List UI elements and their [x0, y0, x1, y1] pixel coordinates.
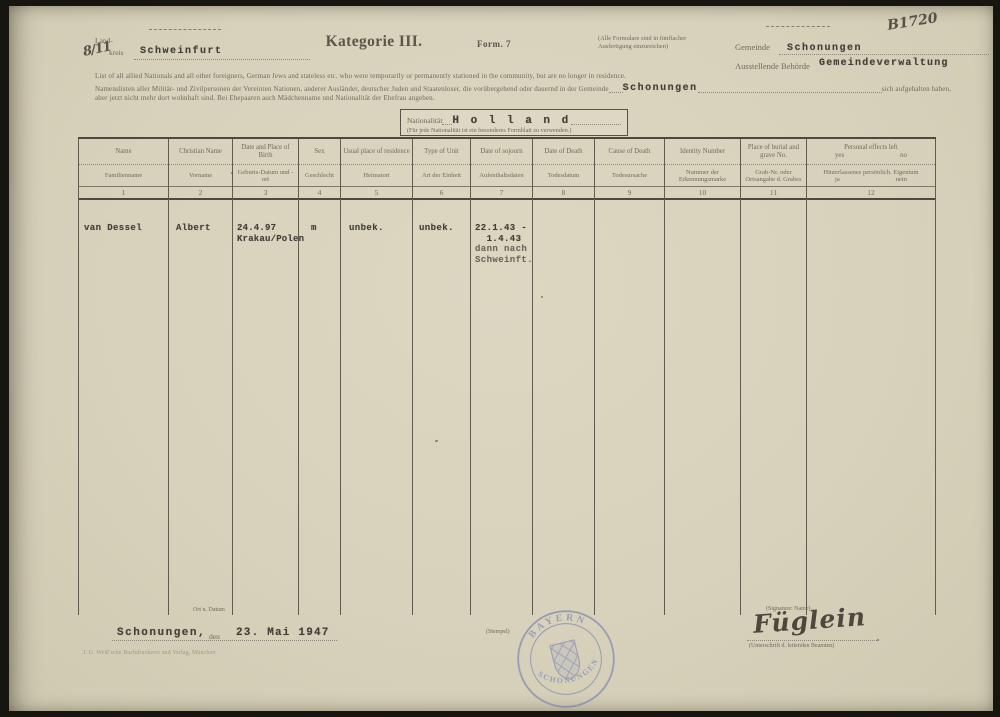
- column-sojourn: Date of sojourn Aufenthaltsdaten 7 22.1.…: [470, 139, 532, 615]
- column-death-date: Date of Death Todesdatum 8: [532, 139, 594, 615]
- col12-header-de: Hinterlassenes persönlich. Eigentum ja n…: [807, 165, 935, 187]
- column-birth: Date and Place of Birth Geburts-Datum un…: [232, 139, 298, 615]
- scan-speck: [231, 172, 233, 174]
- col11-header-en: Place of burial and grave No.: [741, 139, 806, 165]
- intro-german-line1: Namenslisten aller Militär- und Zivilper…: [95, 82, 951, 93]
- col5-header-en: Usual place of residence: [341, 139, 412, 165]
- cell-christian-name: Albert: [169, 200, 232, 615]
- gemeinde-value: Schonungen: [787, 43, 862, 54]
- intro-dotted-gap2: [698, 84, 882, 93]
- date-value: 23. Mai 1947: [236, 627, 330, 639]
- nationality-box: Nationalität H o l l a n d (Für jede Nat…: [400, 109, 628, 136]
- handwritten-reference: B1720: [886, 10, 939, 34]
- column-name: Name Familienname 1 van Dessel: [78, 139, 168, 615]
- cell-effects: [807, 200, 935, 615]
- printer-imprint: J. G. Weiß'sche Buchdruckerei und Verlag…: [83, 650, 215, 656]
- form-category-title: Kategorie III.: [289, 33, 459, 51]
- col10-number: 10: [665, 187, 740, 200]
- filler-dashes-right: [766, 26, 830, 27]
- intro-dotted-gap1: [609, 84, 623, 93]
- scanned-form-page: B1720 Kategorie III. Form. 7 (Alle Formu…: [9, 6, 993, 711]
- column-effects: Personal effects left yes no Hinterlasse…: [806, 139, 936, 615]
- copies-note: (Alle Formulare sind in fünffacher Ausfe…: [598, 35, 686, 50]
- intro-german-part2: sich aufgehalten haben,: [882, 85, 951, 93]
- column-unit: Type of Unit Art der Einheit 6 unbek.: [412, 139, 470, 615]
- cell-birth: 24.4.97 Krakau/Polen: [233, 200, 298, 615]
- col12-de-nein: nein: [896, 176, 907, 183]
- official-round-stamp-icon: BAYERN SCHONUNGEN: [512, 607, 620, 711]
- authority-label: Ausstellende Behörde: [735, 61, 810, 71]
- kreis-dotted-line: [134, 49, 310, 60]
- col6-number: 6: [413, 187, 470, 200]
- col12-en-title: Personal effects left: [807, 144, 935, 152]
- nationality-dotted-gap2: [571, 116, 621, 125]
- authority-value: Gemeindeverwaltung: [819, 58, 949, 69]
- col2-header-de: Vorname: [169, 165, 232, 187]
- signature-sub-label: (Unterschrift d. leitenden Beamten): [749, 643, 834, 649]
- column-sex: Sex Geschlecht 4 m: [298, 139, 340, 615]
- col10-header-de: Nummer der Erkennungsmarke: [665, 165, 740, 187]
- col1-number: 1: [79, 187, 168, 200]
- place-date-label: Ort u. Datum: [193, 607, 225, 613]
- cell-residence: unbek.: [341, 200, 412, 615]
- column-christian-name: Christian Name Vorname 2 Albert: [168, 139, 232, 615]
- scan-speck: [435, 440, 438, 442]
- col12-en-yes: yes: [835, 152, 844, 160]
- col9-header-de: Todesursache: [595, 165, 664, 187]
- col6-header-de: Art der Einheit: [413, 165, 470, 187]
- col11-number: 11: [741, 187, 806, 200]
- col3-header-en: Date and Place of Birth: [233, 139, 298, 165]
- gemeinde-label: Gemeinde: [735, 42, 770, 52]
- col9-header-en: Cause of Death: [595, 139, 664, 165]
- place-value: Schonungen,: [117, 627, 206, 639]
- cell-burial: [741, 200, 806, 615]
- col12-en-yesno: yes no: [807, 152, 935, 160]
- intro-german-part1: Namenslisten aller Militär- und Zivilper…: [95, 85, 609, 93]
- kreis-handwritten-number: 8/11: [82, 39, 112, 59]
- col2-header-en: Christian Name: [169, 139, 232, 165]
- form-number: Form. 7: [477, 39, 511, 49]
- col8-header-de: Todesdatum: [533, 165, 594, 187]
- col11-header-de: Grab-Nr. oder Ortsangabe d. Grabes: [741, 165, 806, 187]
- sojourn-note: dann nach Schweinft.: [475, 244, 529, 265]
- nationality-label: Nationalität: [407, 116, 442, 125]
- nationality-value: H o l l a n d: [452, 115, 570, 127]
- cell-name: van Dessel: [79, 200, 168, 615]
- col7-number: 7: [471, 187, 532, 200]
- scan-speck: [541, 296, 543, 298]
- registration-table: Name Familienname 1 van Dessel Christian…: [78, 137, 936, 615]
- col5-header-de: Heimatort: [341, 165, 412, 187]
- col7-header-de: Aufenthaltsdaten: [471, 165, 532, 187]
- col12-de-ja: ja: [835, 176, 840, 183]
- intro-english: List of all allied Nationals and all oth…: [95, 72, 835, 80]
- column-residence: Usual place of residence Heimatort 5 unb…: [340, 139, 412, 615]
- den-label: den: [209, 632, 220, 641]
- intro-gemeinde-value: Schonungen: [623, 83, 698, 94]
- stamp-label: (Stempel): [486, 629, 510, 635]
- column-identity-number: Identity Number Nummer der Erkennungsmar…: [664, 139, 740, 615]
- cell-death-cause: [595, 200, 664, 615]
- col4-header-de: Geschlecht: [299, 165, 340, 187]
- intro-german-line2: aber jetzt nicht mehr dort wohnhaft sind…: [95, 94, 835, 102]
- col3-header-de: Geburts-Datum und -ort: [233, 165, 298, 187]
- nationality-dotted-gap1: [442, 116, 452, 125]
- signature-dotted-line: [747, 632, 877, 641]
- col6-header-en: Type of Unit: [413, 139, 470, 165]
- col12-de-janein: ja nein: [807, 176, 935, 183]
- col1-header-en: Name: [79, 139, 168, 165]
- cell-identity-number: [665, 200, 740, 615]
- col10-header-en: Identity Number: [665, 139, 740, 165]
- col5-number: 5: [341, 187, 412, 200]
- column-burial: Place of burial and grave No. Grab-Nr. o…: [740, 139, 806, 615]
- col12-number: 12: [807, 187, 935, 200]
- col2-number: 2: [169, 187, 232, 200]
- cell-death-date: [533, 200, 594, 615]
- scan-speck: [877, 639, 879, 641]
- col3-number: 3: [233, 187, 298, 200]
- column-death-cause: Cause of Death Todesursache 9: [594, 139, 664, 615]
- nationality-note: (Für jede Nationalität ist ein besondere…: [407, 127, 621, 134]
- col12-de-title: Hinterlassenes persönlich. Eigentum: [807, 169, 935, 176]
- col8-number: 8: [533, 187, 594, 200]
- col12-header-en: Personal effects left yes no: [807, 139, 935, 165]
- filler-dashes-left: [149, 29, 221, 30]
- col4-number: 4: [299, 187, 340, 200]
- cell-sojourn: 22.1.43 - 1.4.43 dann nach Schweinft.: [471, 200, 532, 615]
- col4-header-en: Sex: [299, 139, 340, 165]
- cell-unit: unbek.: [413, 200, 470, 615]
- col1-header-de: Familienname: [79, 165, 168, 187]
- col8-header-en: Date of Death: [533, 139, 594, 165]
- col7-header-en: Date of sojourn: [471, 139, 532, 165]
- col9-number: 9: [595, 187, 664, 200]
- col12-en-no: no: [900, 152, 907, 160]
- sojourn-dates: 22.1.43 - 1.4.43: [475, 223, 529, 244]
- cell-sex: m: [299, 200, 340, 615]
